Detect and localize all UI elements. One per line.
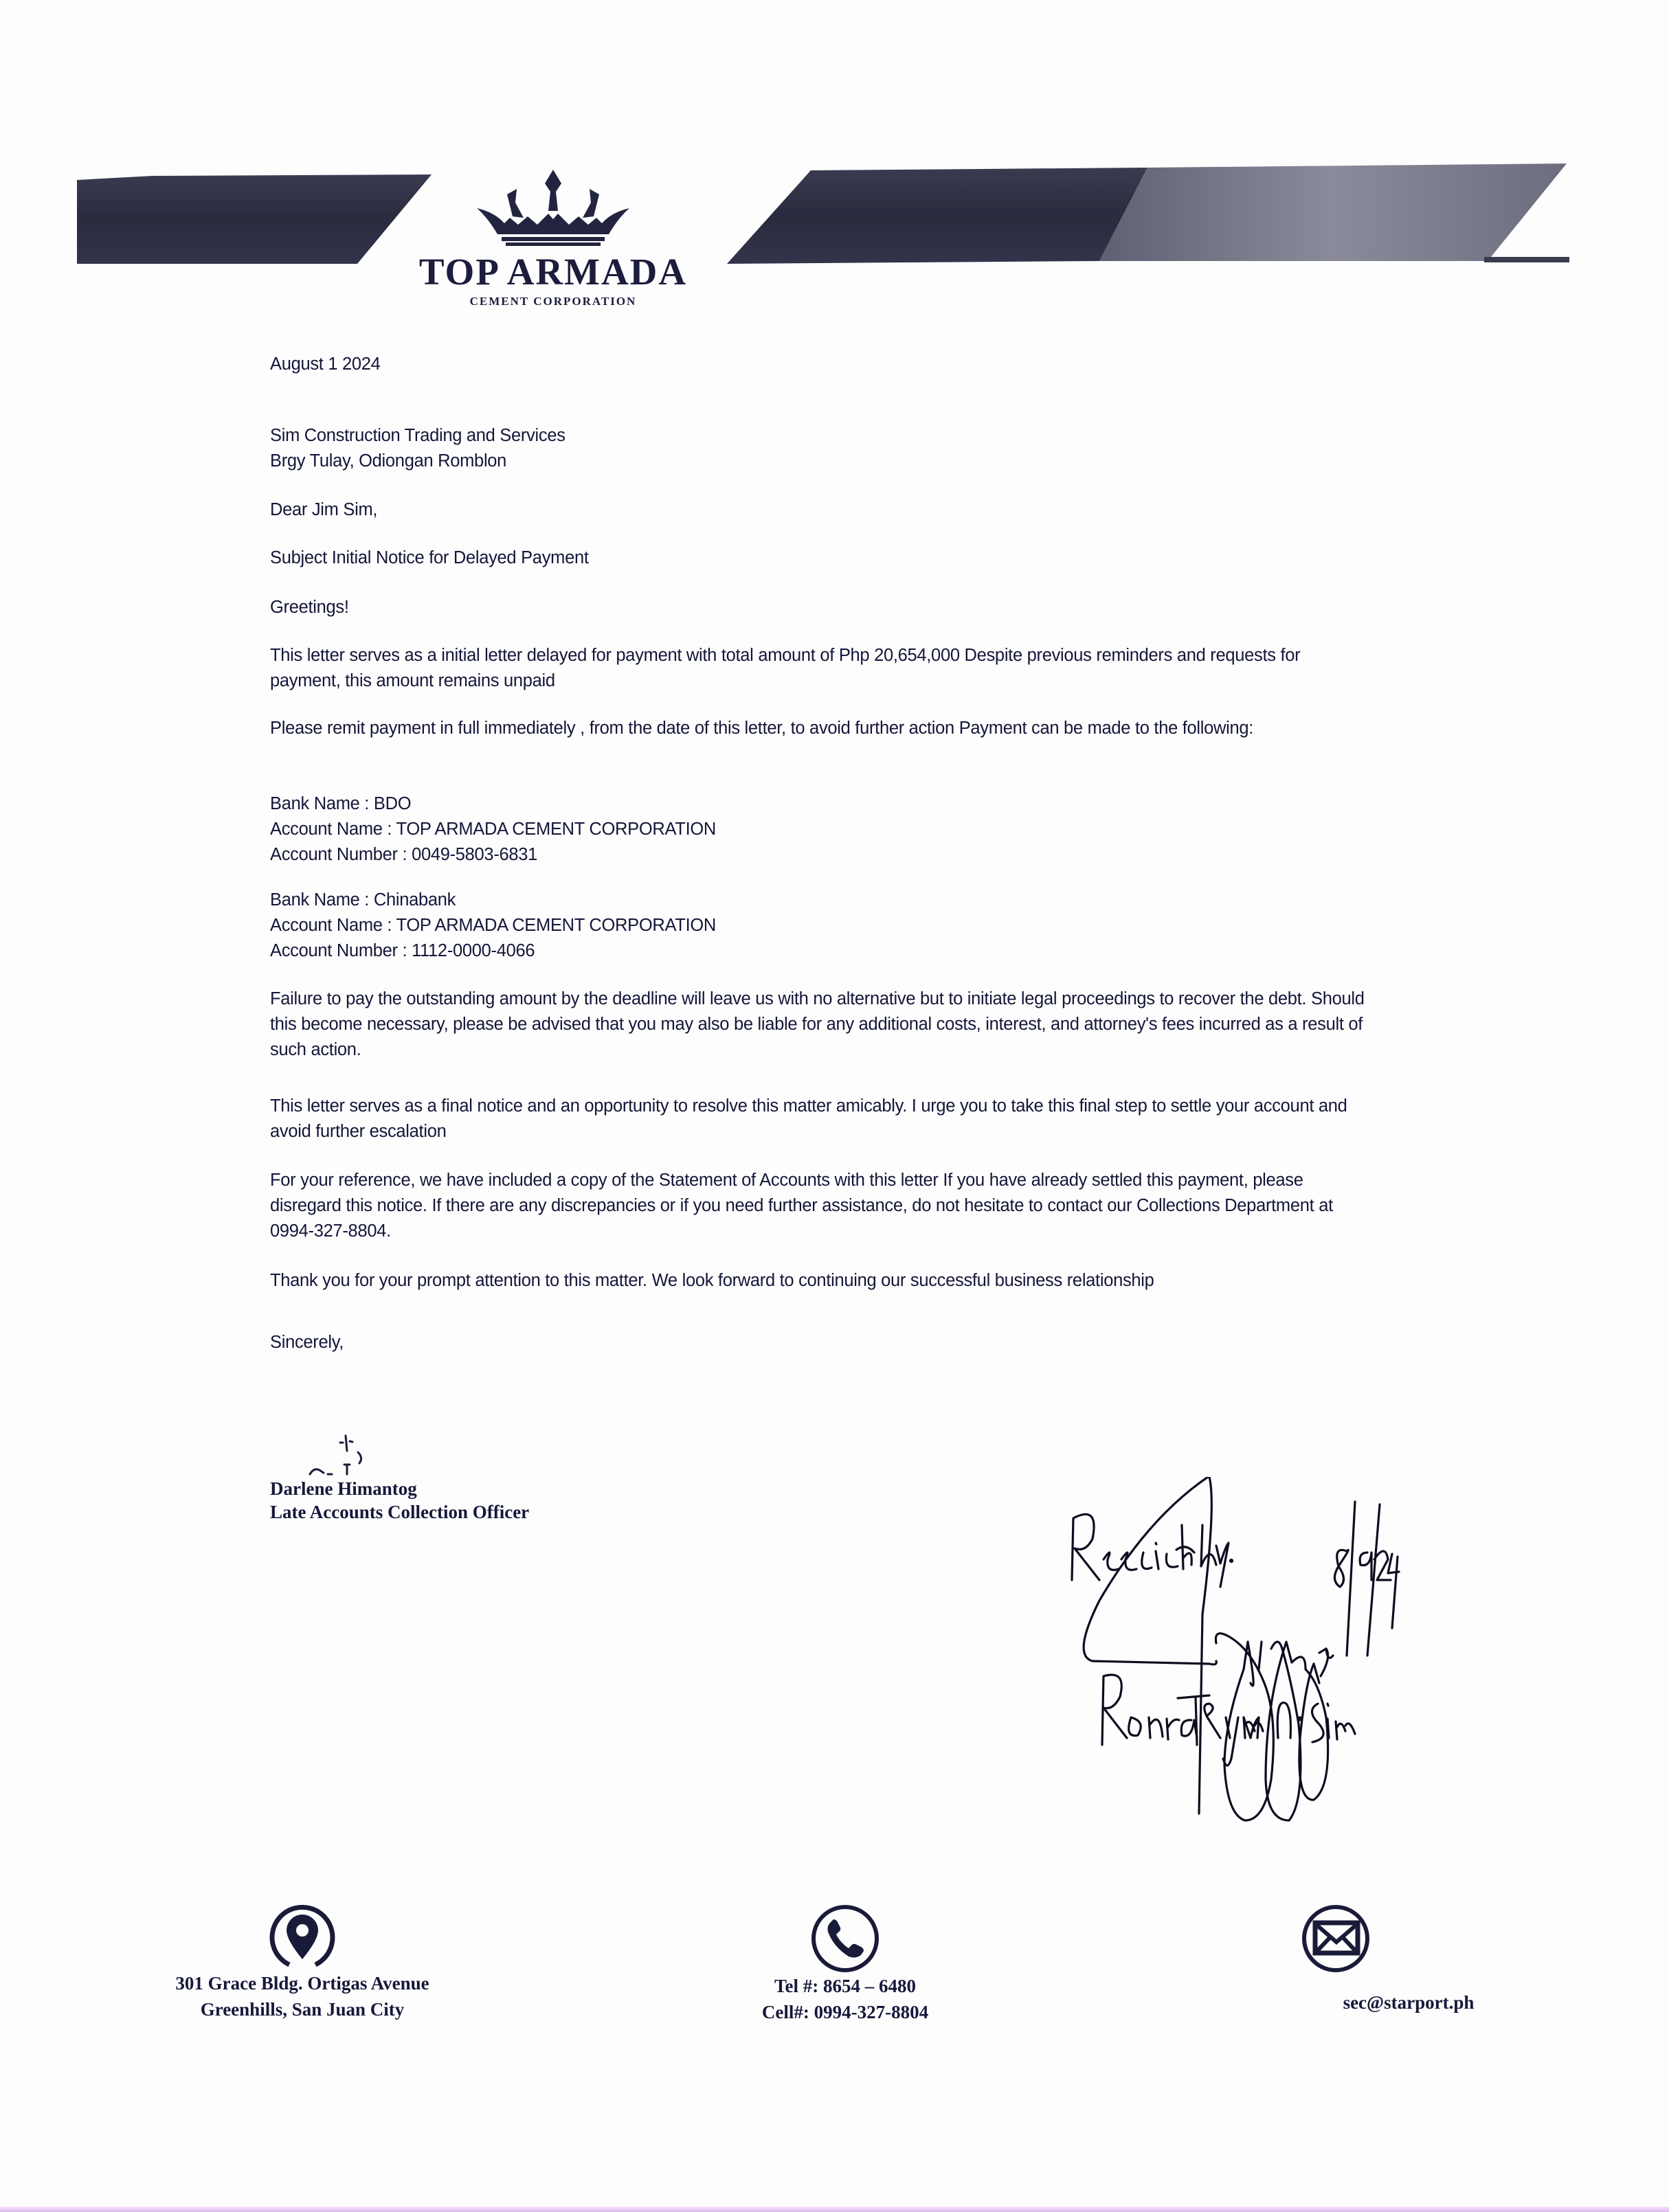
paragraph-thank-you: Thank you for your prompt attention to t… bbox=[270, 1268, 1369, 1294]
handwritten-receipt: Received by: bbox=[1044, 1477, 1628, 1889]
footer-phone: Tel #: 8654 – 6480 Cell#: 0994-327-8804 bbox=[715, 1904, 976, 2025]
closing: Sincerely, bbox=[270, 1330, 1369, 1355]
subject-line: Subject Initial Notice for Delayed Payme… bbox=[270, 545, 1369, 571]
paragraph-final-notice: This letter serves as a final notice and… bbox=[270, 1094, 1369, 1144]
page-bottom-edge bbox=[0, 2207, 1669, 2212]
recipient-company: Sim Construction Trading and Services bbox=[270, 423, 1369, 449]
paragraph-amount-due: This letter serves as a initial letter d… bbox=[270, 643, 1369, 694]
address-line-2: Greenhills, San Juan City bbox=[151, 1996, 453, 2022]
company-subtitle: CEMENT CORPORATION bbox=[402, 295, 704, 308]
crown-icon bbox=[474, 168, 632, 247]
recipient-block: Sim Construction Trading and Services Br… bbox=[270, 423, 1369, 474]
phone-icon bbox=[807, 1904, 883, 1973]
banner-right-tail bbox=[1484, 257, 1569, 262]
envelope-icon bbox=[1300, 1904, 1376, 1973]
cellphone-number: Cell#: 0994-327-8804 bbox=[715, 1999, 976, 2025]
address-line-1: 301 Grace Bldg. Ortigas Avenue bbox=[151, 1970, 453, 1996]
banner-left-stripe bbox=[77, 174, 432, 264]
company-name: TOP ARMADA bbox=[402, 253, 704, 291]
location-pin-icon bbox=[265, 1904, 340, 1970]
recipient-address: Brgy Tulay, Odiongan Romblon bbox=[270, 449, 1369, 474]
account-number: Account Number : 1112-0000-4066 bbox=[270, 938, 1369, 964]
paragraph-remit-instructions: Please remit payment in full immediately… bbox=[270, 716, 1369, 741]
email-address: sec@starport.ph bbox=[1292, 1989, 1525, 2016]
footer-address: 301 Grace Bldg. Ortigas Avenue Greenhill… bbox=[151, 1904, 453, 2022]
paragraph-legal-warning: Failure to pay the outstanding amount by… bbox=[270, 986, 1369, 1063]
bank-details-bdo: Bank Name : BDO Account Name : TOP ARMAD… bbox=[270, 791, 1369, 868]
signature-mark bbox=[304, 1429, 387, 1477]
footer-email: sec@starport.ph bbox=[1292, 1904, 1525, 2016]
signatory-name: Darlene Himantog bbox=[270, 1477, 529, 1500]
company-logo: TOP ARMADA CEMENT CORPORATION bbox=[402, 168, 704, 308]
signatory-title: Late Accounts Collection Officer bbox=[270, 1500, 529, 1524]
account-name: Account Name : TOP ARMADA CEMENT CORPORA… bbox=[270, 817, 1369, 842]
letter-date: August 1 2024 bbox=[270, 352, 1369, 377]
bank-details-chinabank: Bank Name : Chinabank Account Name : TOP… bbox=[270, 888, 1369, 964]
salutation: Dear Jim Sim, bbox=[270, 497, 1369, 523]
bank-name: Bank Name : Chinabank bbox=[270, 888, 1369, 913]
banner-right-light-stripe bbox=[1099, 163, 1567, 261]
account-name: Account Name : TOP ARMADA CEMENT CORPORA… bbox=[270, 913, 1369, 938]
paragraph-reference: For your reference, we have included a c… bbox=[270, 1168, 1369, 1244]
greeting: Greetings! bbox=[270, 595, 1369, 620]
bank-name: Bank Name : BDO bbox=[270, 791, 1369, 817]
signature-block: Darlene Himantog Late Accounts Collectio… bbox=[270, 1429, 529, 1524]
telephone-number: Tel #: 8654 – 6480 bbox=[715, 1973, 976, 1999]
letterhead-banner bbox=[0, 0, 1669, 330]
banner-right-dark-stripe bbox=[727, 168, 1147, 264]
account-number: Account Number : 0049-5803-6831 bbox=[270, 842, 1369, 868]
